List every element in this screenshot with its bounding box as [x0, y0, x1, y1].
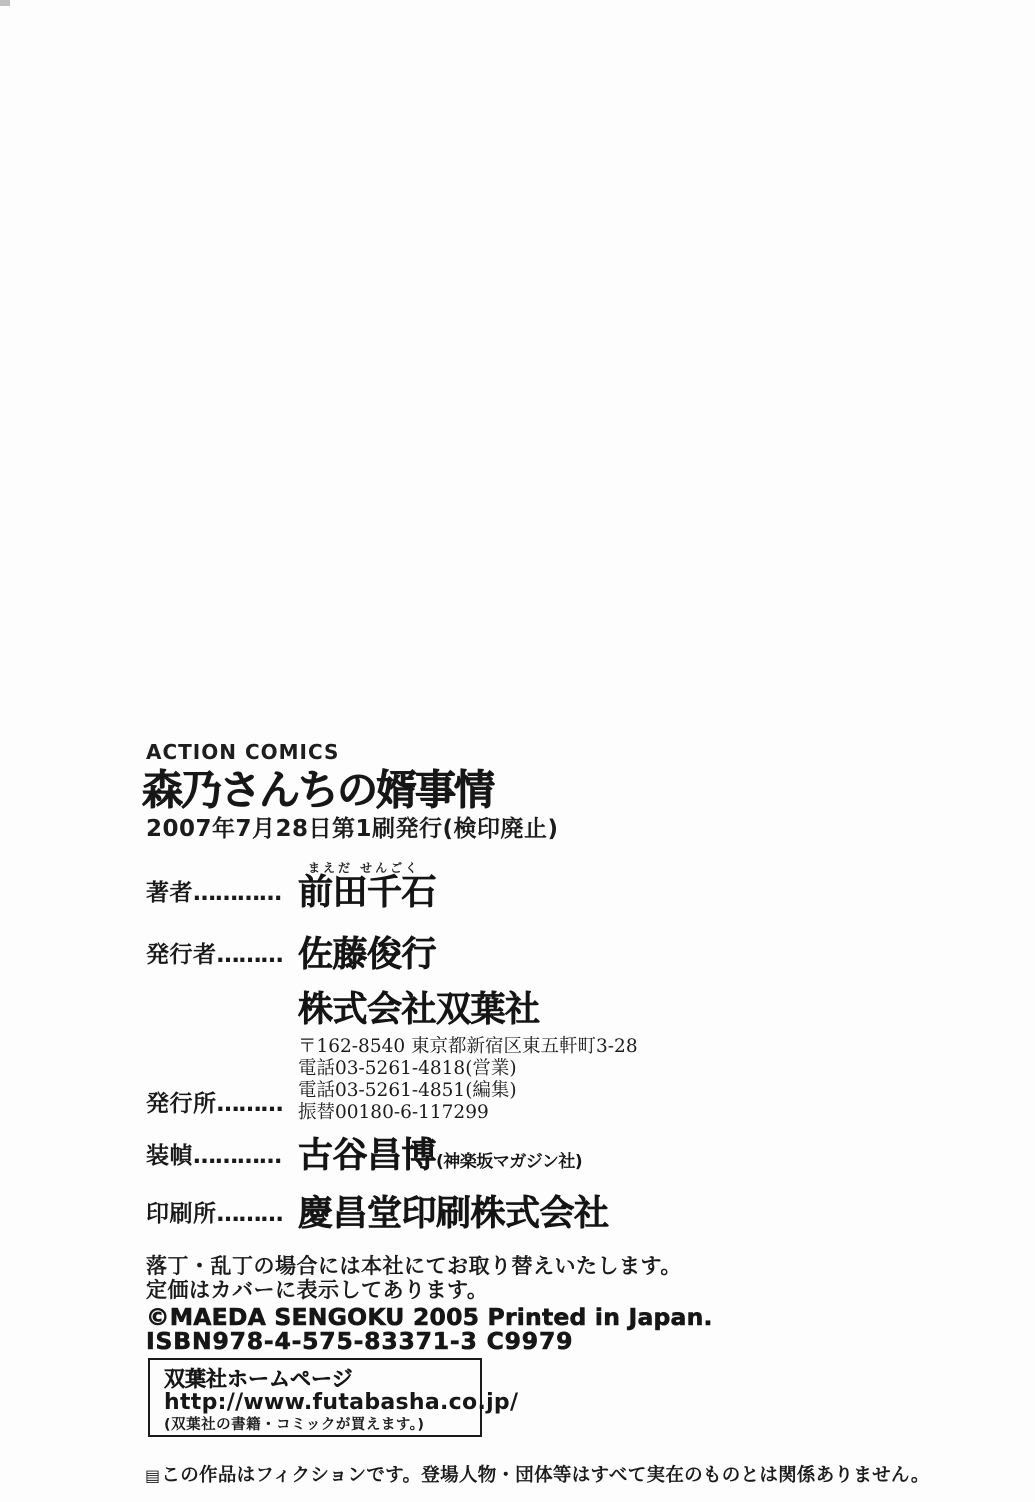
- credit-row-author: 著者 ………… まえだ せんごく 前田千石: [146, 874, 995, 913]
- dot-leader: ………: [217, 1201, 283, 1227]
- credit-name-cell: 佐藤俊行: [298, 936, 995, 975]
- credit-head: 発行所 ………: [146, 1085, 298, 1124]
- author-furigana: まえだ せんごく: [308, 859, 420, 876]
- replacement-notice: 落丁・乱丁の場合には本社にてお取り替えいたします。 定価はカバーに表示してありま…: [146, 1254, 682, 1302]
- fiction-disclaimer: ▤この作品はフィクションです。登場人物・団体等はすべて実在のものとは関係ありませ…: [145, 1461, 930, 1487]
- isbn-line: ISBN978-4-575-83371-3 C9979: [146, 1327, 573, 1355]
- credit-name-cell: まえだ せんごく 前田千石: [298, 874, 995, 913]
- dot-leader: …………: [193, 1143, 281, 1169]
- credit-head: 印刷所 ………: [146, 1195, 298, 1234]
- designer-name: 古谷昌博: [298, 1136, 436, 1176]
- square-mark-icon: ▤: [145, 1466, 160, 1485]
- author-name: 前田千石: [298, 873, 436, 913]
- credit-label: 著者: [146, 874, 193, 907]
- credit-row-publisher: 発行所 ……… 株式会社双葉社 〒162-8540 東京都新宿区東五軒町3-28…: [146, 991, 995, 1124]
- address-line-transfer-account: 振替00180-6-117299: [298, 1102, 995, 1124]
- credit-label: 装幀: [146, 1137, 193, 1170]
- address-line-postal: 〒162-8540 東京都新宿区東五軒町3-28: [298, 1036, 995, 1058]
- credit-row-designer: 装幀 ………… 古谷昌博(神楽坂マガジン社): [146, 1137, 995, 1176]
- credit-name-cell: 慶昌堂印刷株式会社: [298, 1195, 995, 1234]
- homepage-url: http://www.futabasha.co.jp/: [164, 1391, 470, 1415]
- dot-leader: ………: [217, 1091, 283, 1117]
- credit-head: 著者 …………: [146, 874, 298, 913]
- credit-label: 印刷所: [146, 1195, 217, 1228]
- publisher-address: 〒162-8540 東京都新宿区東五軒町3-28 電話03-5261-4818(…: [298, 1036, 995, 1124]
- homepage-box: 双葉社ホームページ http://www.futabasha.co.jp/ (双…: [148, 1358, 482, 1437]
- credit-name-cell: 古谷昌博(神楽坂マガジン社): [298, 1137, 995, 1176]
- dot-leader: ………: [217, 942, 283, 968]
- address-line-phone-sales: 電話03-5261-4818(営業): [298, 1058, 995, 1080]
- fiction-disclaimer-text: この作品はフィクションです。登場人物・団体等はすべて実在のものとは関係ありません…: [161, 1465, 929, 1486]
- issuer-name: 佐藤俊行: [298, 935, 436, 975]
- credit-head: 装幀 …………: [146, 1137, 298, 1176]
- credit-name-cell: 株式会社双葉社 〒162-8540 東京都新宿区東五軒町3-28 電話03-52…: [298, 991, 995, 1124]
- print-edition-info: 2007年7月28日第1刷発行(検印廃止): [146, 810, 559, 843]
- credit-label: 発行所: [146, 1085, 217, 1118]
- credit-head: 発行者 ………: [146, 936, 298, 975]
- dot-leader: …………: [193, 880, 281, 906]
- homepage-heading: 双葉社ホームページ: [164, 1367, 470, 1391]
- colophon-page: ACTION COMICS 森乃さんちの婿事情 2007年7月28日第1刷発行(…: [0, 0, 1035, 1502]
- credit-row-issuer: 発行者 ……… 佐藤俊行: [146, 936, 995, 975]
- homepage-note: (双葉社の書籍・コミックが買えます。): [164, 1416, 470, 1434]
- replacement-notice-line-1: 落丁・乱丁の場合には本社にてお取り替えいたします。: [146, 1254, 682, 1278]
- book-title: 森乃さんちの婿事情: [142, 757, 493, 816]
- scan-artifact: [0, 0, 10, 6]
- credit-label: 発行者: [146, 936, 217, 969]
- designer-affiliation: (神楽坂マガジン社): [436, 1152, 582, 1172]
- printer-name: 慶昌堂印刷株式会社: [298, 1194, 609, 1234]
- address-line-phone-editorial: 電話03-5261-4851(編集): [298, 1080, 995, 1102]
- publisher-name: 株式会社双葉社: [298, 990, 540, 1030]
- credit-row-printer: 印刷所 ……… 慶昌堂印刷株式会社: [146, 1195, 995, 1234]
- replacement-notice-line-2: 定価はカバーに表示してあります。: [146, 1278, 682, 1302]
